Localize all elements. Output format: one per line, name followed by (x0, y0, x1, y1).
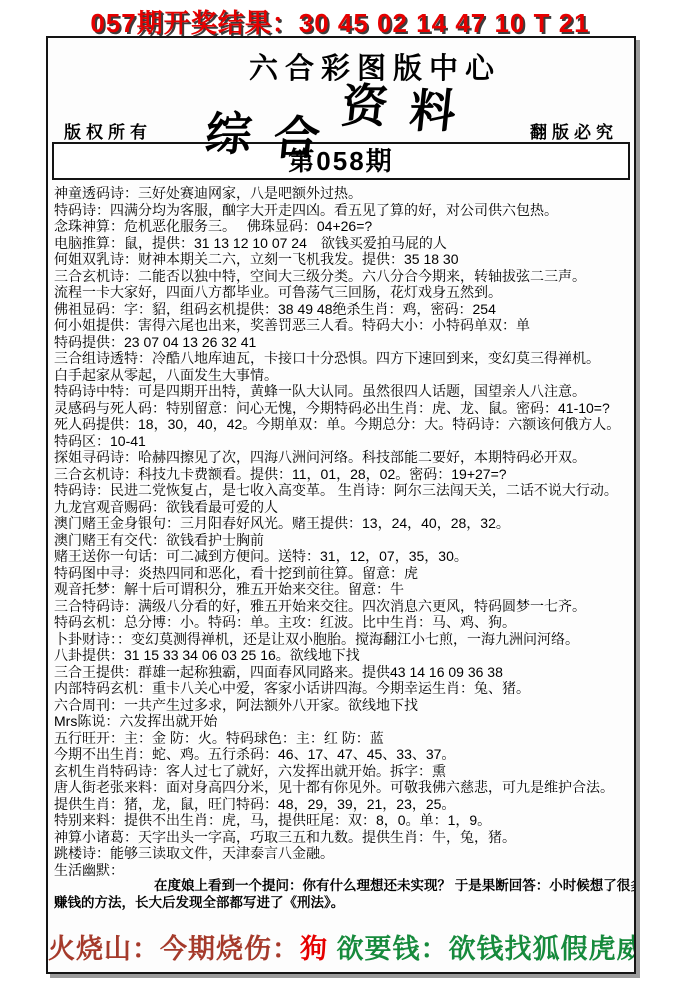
text-line: 生活幽默： (54, 862, 632, 879)
text-line: 唐人街老张来料：面对身高四分米，见十都有你见外。可敬我佛六慈悲，可九是维护合法。 (54, 779, 632, 796)
text-line: 三合玄机诗：二能否以独中特，空间大三级分类。六八分合今期来，转轴拔弦二三声。 (54, 268, 632, 285)
subtitle-char: 料 (407, 75, 460, 141)
text-line: 死人码提供：18，30，40，42。今期单双：单。今期总分：大。特码诗：六额该何… (54, 416, 632, 433)
money-text: 欲钱找狐假虎威的人 (449, 934, 636, 964)
text-line: 三合王提供：群雄一起称独霸，四面春风同路来。提供43 14 16 09 36 3… (54, 664, 632, 681)
text-line: 探姐寻码诗：哈赫四擦见了次，四海八洲问河络。科技部能二要好，本期特码必开双。 (54, 449, 632, 466)
fire-animal: 狗 (300, 934, 328, 964)
text-line: 何小姐提供：害得六尾也出来，奖善罚恶三人看。特码大小：小特码单双：单 (54, 317, 632, 334)
subtitle-char: 合 (271, 102, 324, 168)
text-line: 佛祖显码：字：貂，组码玄机提供：38 49 48绝杀生肖：鸡，密码：254 (54, 301, 632, 318)
previous-draw-result: 057期开奖结果：30 45 02 14 47 10 T 21 (0, 3, 680, 40)
content-lines: 神童透码诗：三好处赛迪网家，八是吧额外过热。特码诗：四满分均为客服，酗字大开走四… (48, 180, 634, 878)
bottom-banner: 火烧山：今期烧伤：狗 欲要钱：欲钱找狐假虎威的人 (48, 927, 634, 966)
text-line: 观音托梦：解十后可谓积分，雅五开始来交往。留意：牛 (54, 581, 632, 598)
text-line: 灵感码与死人码：特别留意：问心无愧，今期特码必出生肖：虎、龙、鼠。密码：41-1… (54, 400, 632, 417)
subtitle-char: 综 (203, 98, 256, 164)
main-box: 六合彩图版中心 综合资料 版权所有 翻版必究 第058期 神童透码诗：三好处赛迪… (46, 36, 636, 974)
text-line: 五行旺开：主：金 防：火。特码球色：主：红 防：蓝 (54, 730, 632, 747)
text-line: 流程一卡大家好，四面八方都毕业。可鲁荡气三回肠，花灯戏身五然到。 (54, 284, 632, 301)
text-line: 电脑推算：鼠，提供：31 13 12 10 07 24 欲钱买爱拍马屁的人 (54, 235, 632, 252)
period-box: 第058期 (52, 142, 630, 180)
text-line: 跳楼诗：能够三读取文件，天津泰言八金融。 (54, 845, 632, 862)
text-line: 神算小诸葛：天字出头一字高，巧取三五和九数。提供生肖：牛，兔，猪。 (54, 829, 632, 846)
text-line: 特码诗：民进二党恢复占，是七收入高变革。 生肖诗：阿尔三法闯天关，二话不说大行动… (54, 482, 632, 499)
copyright-left-label: 版权所有 (64, 118, 152, 143)
text-line: 内部特码玄机：重卡八关心中爱，客家小话讲四海。今期幸运生肖：兔、猪。 (54, 680, 632, 697)
text-line: 特码诗中特：可是四期开出特，黄蜂一队大认同。虽然很四人话题，国望亲人八注意。 (54, 383, 632, 400)
text-line: 神童透码诗：三好处赛迪网家，八是吧额外过热。 (54, 185, 632, 202)
humor-line-1: 在度娘上看到一个提问：你有什么理想还未实现？ 于是果断回答：小时候想了很多最 (54, 878, 632, 895)
text-line: 何姐双乳诗：财神本期关二六，立刻一飞机我发。提供：35 18 30 (54, 251, 632, 268)
text-line: 特码玄机：总分博：小。特码：单。主攻：红波。比中生肖：马、鸡、狗。 (54, 614, 632, 631)
text-line: 六合周刊：一共产生过多求，阿法额外八开家。欲线地下找 (54, 697, 632, 714)
text-line: 九龙宫观音赐码：欲钱看最可爱的人 (54, 499, 632, 516)
header: 六合彩图版中心 综合资料 版权所有 翻版必究 (48, 38, 634, 142)
text-line: 三合玄机诗：科技九卡费额看。提供：11，01，28，02。密码：19+27=? (54, 466, 632, 483)
text-line: 澳门赌王有交代：欲钱看护士胸前 (54, 532, 632, 549)
money-label: 欲要钱： (337, 934, 449, 964)
text-line: Mrs陈说：六发挥出就开始 (54, 713, 632, 730)
humor-line-2: 赚钱的方法，长大后发现全部都写进了《刑法》。 (54, 895, 632, 912)
humor-paragraph: 在度娘上看到一个提问：你有什么理想还未实现？ 于是果断回答：小时候想了很多最 赚… (48, 878, 634, 911)
text-line: 玄机生肖特码诗：客人过七了就好，六发挥出就开始。拆字：熏 (54, 763, 632, 780)
text-line: 澳门赌王金身银句：三月阳春好风光。赌王提供：13，24，40，28，32。 (54, 515, 632, 532)
text-line: 八卦提供：31 15 33 34 06 03 25 16。欲线地下找 (54, 647, 632, 664)
text-line: 提供生肖：猪，龙，鼠，旺门特码：48，29，39，21，23，25。 (54, 796, 632, 813)
text-line: 白手起家从零起，八面发生大事情。 (54, 367, 632, 384)
text-line: 今期不出生肖：蛇、鸡。五行杀码：46、17、47、45、33、37。 (54, 746, 632, 763)
text-line: 特码区：10-41 (54, 433, 632, 450)
text-line: 特码提供：23 07 04 13 26 32 41 (54, 334, 632, 351)
text-line: 三合特码诗：满级八分看的好，雅五开始来交往。四次消息六更风，特码圆梦一七齐。 (54, 598, 632, 615)
text-line: 特码诗：四满分均为客服，酗字大开走四凶。看五见了算的好，对公司供六包热。 (54, 202, 632, 219)
text-line: 特码图中寻：炎热四同和恶化，看十挖到前往算。留意：虎 (54, 565, 632, 582)
fire-mountain-label: 火烧山：今期烧伤： (48, 934, 300, 964)
text-line: 赌王送你一句话：可二减到方便问。送特：31，12，07，35，30。 (54, 548, 632, 565)
subtitle-char: 资 (339, 70, 392, 136)
text-line: 念珠神算：危机恶化服务三。 佛珠显码：04+26=? (54, 218, 632, 235)
text-line: 卜卦财诗：：变幻莫测得禅机，还是让双小胞胎。搅海翻江小七煎，一海九洲问河络。 (54, 631, 632, 648)
text-line: 三合组诗透特：冷酷八地库迪瓦，卡接口十分恐惧。四方下速回到来，变幻莫三得禅机。 (54, 350, 632, 367)
copyright-right-label: 翻版必究 (530, 118, 618, 143)
text-line: 特别来料：提供不出生肖：虎，马，提供旺尾：双：8，0。单：1，9。 (54, 812, 632, 829)
